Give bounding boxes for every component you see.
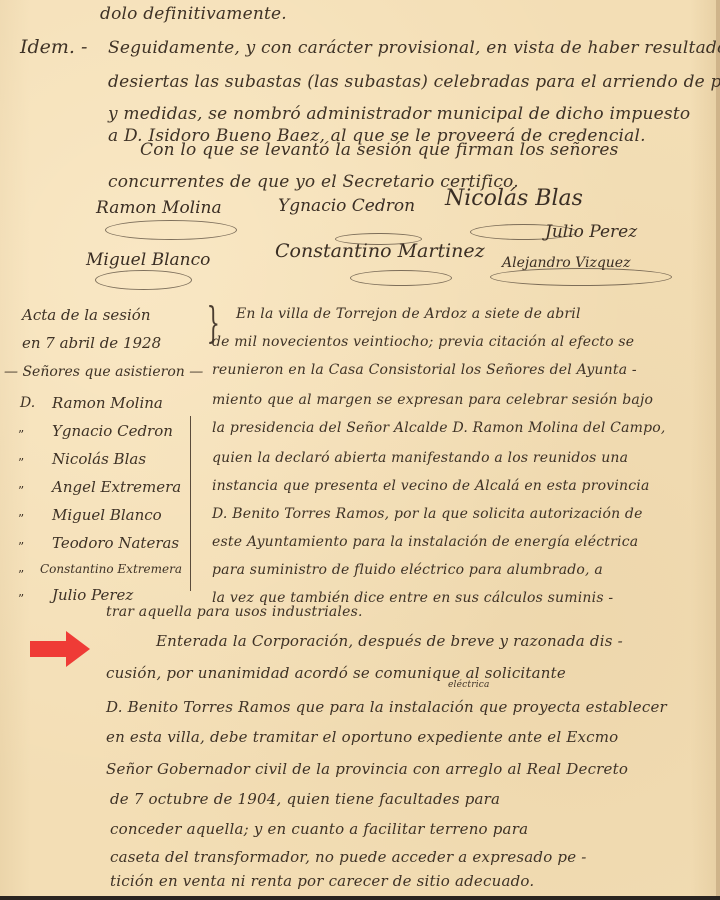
attendee-name: Teodoro Nateras bbox=[52, 534, 179, 552]
signature-flourish bbox=[335, 233, 422, 245]
page-edge bbox=[716, 0, 720, 900]
text-line: tición en venta ni renta por carecer de … bbox=[110, 872, 534, 890]
attendee-name: Constantino Extremera bbox=[40, 562, 182, 576]
session-date: en 7 abril de 1928 bbox=[22, 334, 161, 352]
signature-flourish bbox=[105, 220, 237, 240]
attendee-prefix: ” bbox=[18, 592, 24, 606]
attendee-name: Julio Perez bbox=[52, 586, 133, 604]
text-line: D. Benito Torres Ramos que para la insta… bbox=[106, 698, 667, 716]
attendee-name: Nicolás Blas bbox=[52, 450, 146, 468]
attendee-prefix: ” bbox=[18, 484, 24, 498]
arrow-right-icon bbox=[28, 630, 92, 668]
text-line: la presidencia del Señor Alcalde D. Ramo… bbox=[212, 420, 666, 436]
attendee-prefix: D. bbox=[20, 395, 35, 411]
text-line: reunieron en la Casa Consistorial los Se… bbox=[212, 362, 637, 378]
text-line: caseta del transformador, no puede acced… bbox=[110, 848, 587, 866]
signature-flourish bbox=[350, 270, 452, 286]
session-title: Acta de la sesión bbox=[22, 306, 151, 324]
attendee-name: Ygnacio Cedron bbox=[52, 422, 173, 440]
signature-flourish bbox=[470, 224, 577, 240]
text-line: dolo definitivamente. bbox=[100, 4, 287, 24]
interlinear-note: eléctrica bbox=[448, 680, 490, 690]
attendee-prefix: ” bbox=[18, 456, 24, 470]
attendee-prefix: ” bbox=[18, 428, 24, 442]
signature: Miguel Blanco bbox=[86, 250, 210, 270]
text-line: trar aquella para usos industriales. bbox=[106, 604, 363, 620]
text-line: conceder aquella; y en cuanto a facilita… bbox=[110, 820, 528, 838]
text-line: Seguidamente, y con carácter provisional… bbox=[108, 38, 720, 58]
attendees-label: — Señores que asistieron — bbox=[4, 364, 203, 380]
signature: Ygnacio Cedron bbox=[278, 196, 415, 216]
column-divider bbox=[190, 416, 191, 591]
text-line: y medidas, se nombró administrador munic… bbox=[108, 104, 690, 124]
text-line: para suministro de fluido eléctrico para… bbox=[212, 562, 603, 578]
signature-flourish bbox=[95, 270, 192, 290]
attendee-prefix: ” bbox=[18, 540, 24, 554]
signature: Nicolás Blas bbox=[445, 186, 583, 211]
text-line: instancia que presenta el vecino de Alca… bbox=[212, 478, 650, 494]
attendee-name: Ramon Molina bbox=[52, 394, 163, 412]
attendee-name: Miguel Blanco bbox=[52, 506, 162, 524]
text-line: cusión, por unanimidad acordó se comuniq… bbox=[106, 664, 566, 682]
text-line: En la villa de Torrejon de Ardoz a siete… bbox=[236, 306, 581, 322]
attendee-name: Angel Extremera bbox=[52, 478, 181, 496]
text-line: quien la declaró abierta manifestando a … bbox=[212, 450, 628, 466]
text-line: Señor Gobernador civil de la provincia c… bbox=[106, 760, 628, 778]
text-line: desiertas las subastas (las subastas) ce… bbox=[108, 72, 720, 92]
text-line: Enterada la Corporación, después de brev… bbox=[156, 632, 623, 650]
margin-label-idem: Idem. - bbox=[20, 36, 87, 58]
text-line: de mil novecientos veintiocho; previa ci… bbox=[212, 334, 634, 350]
signature: Ramon Molina bbox=[96, 198, 222, 218]
signature-flourish bbox=[490, 268, 672, 286]
attendee-prefix: ” bbox=[18, 512, 24, 526]
attendee-prefix: ” bbox=[18, 568, 24, 582]
text-line: D. Benito Torres Ramos, por la que solic… bbox=[212, 506, 643, 522]
text-line: en esta villa, debe tramitar el oportuno… bbox=[106, 728, 618, 746]
text-line: de 7 octubre de 1904, quien tiene facult… bbox=[110, 790, 500, 808]
text-line: Con lo que se levantó la sesión que firm… bbox=[140, 140, 619, 160]
text-line: miento que al margen se expresan para ce… bbox=[212, 392, 653, 408]
text-line: este Ayuntamiento para la instalación de… bbox=[212, 534, 638, 550]
page-bottom-edge bbox=[0, 896, 720, 900]
